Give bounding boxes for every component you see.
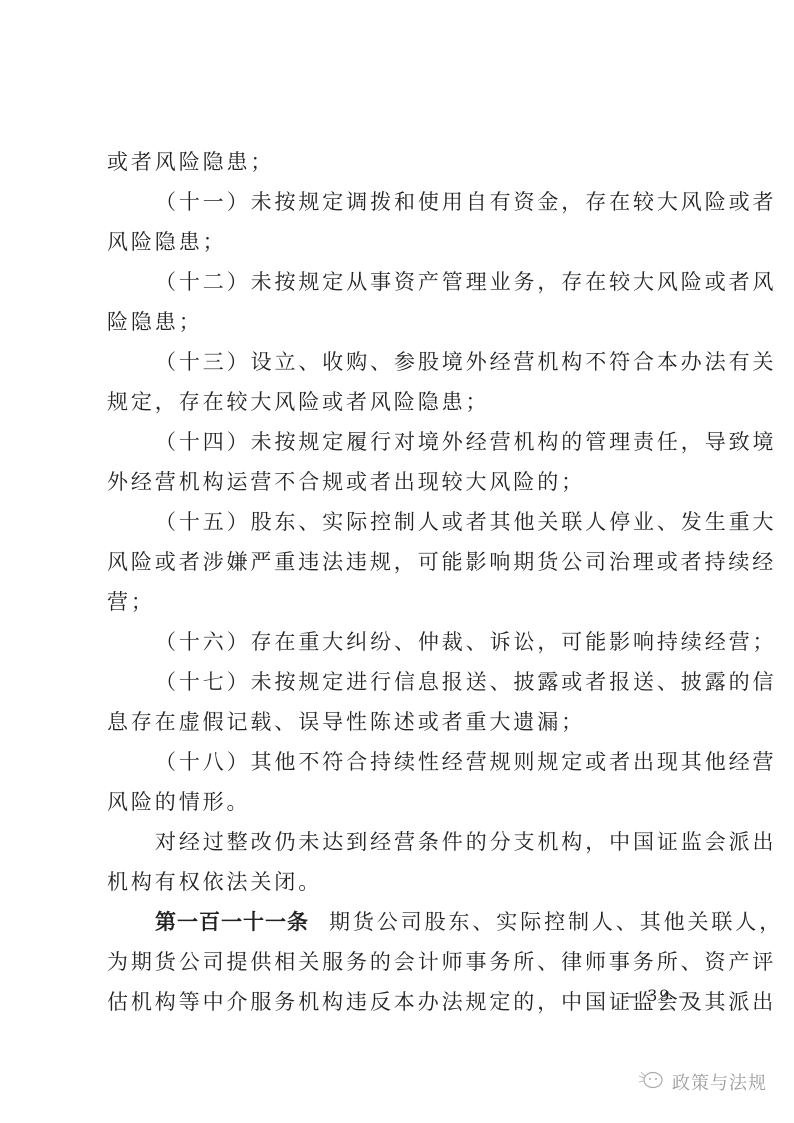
article-text: 期货公司股东、实际控制人、其他关联人， xyxy=(329,910,783,934)
text-line: （十六）存在重大纠纷、仲裁、诉讼，可能影响持续经营； xyxy=(107,626,699,666)
article-heading: 第一百一十一条 xyxy=(155,910,309,934)
text-line: （十二）未按规定从事资产管理业务，存在较大风险或者风 xyxy=(107,266,699,306)
text-line: 风险的情形。 xyxy=(107,786,699,826)
text-line: （十一）未按规定调拨和使用自有资金，存在较大风险或者 xyxy=(107,186,699,226)
text-line: （十三）设立、收购、参股境外经营机构不符合本办法有关 xyxy=(107,346,699,386)
document-body: 或者风险隐患； （十一）未按规定调拨和使用自有资金，存在较大风险或者 风险隐患；… xyxy=(107,146,699,1026)
text-line: 风险或者涉嫌严重违法违规，可能影响期货公司治理或者持续经 xyxy=(107,546,699,586)
text-line: 规定，存在较大风险或者风险隐患； xyxy=(107,386,699,426)
text-line: 营； xyxy=(107,586,699,626)
text-line: 或者风险隐患； xyxy=(107,146,699,186)
text-line: 外经营机构运营不合规或者出现较大风险的； xyxy=(107,466,699,506)
watermark: 政策与法规 xyxy=(636,1068,767,1095)
text-line: 风险隐患； xyxy=(107,226,699,266)
text-line: 对经过整改仍未达到经营条件的分支机构，中国证监会派出 xyxy=(107,826,699,866)
text-line: 估机构等中介服务机构违反本办法规定的，中国证监会及其派出 xyxy=(107,986,699,1026)
article-heading-line: 第一百一十一条期货公司股东、实际控制人、其他关联人， xyxy=(107,906,699,946)
text-line: 息存在虚假记载、误导性陈述或者重大遗漏； xyxy=(107,706,699,746)
page-number: — 39 — xyxy=(622,986,697,1005)
wechat-icon xyxy=(636,1068,666,1095)
text-line: （十七）未按规定进行信息报送、披露或者报送、披露的信 xyxy=(107,666,699,706)
text-line: 险隐患； xyxy=(107,306,699,346)
watermark-label: 政策与法规 xyxy=(672,1069,767,1095)
text-line: （十五）股东、实际控制人或者其他关联人停业、发生重大 xyxy=(107,506,699,546)
text-line: 为期货公司提供相关服务的会计师事务所、律师事务所、资产评 xyxy=(107,946,699,986)
text-line: （十八）其他不符合持续性经营规则规定或者出现其他经营 xyxy=(107,746,699,786)
text-line: （十四）未按规定履行对境外经营机构的管理责任，导致境 xyxy=(107,426,699,466)
text-line: 机构有权依法关闭。 xyxy=(107,866,699,906)
